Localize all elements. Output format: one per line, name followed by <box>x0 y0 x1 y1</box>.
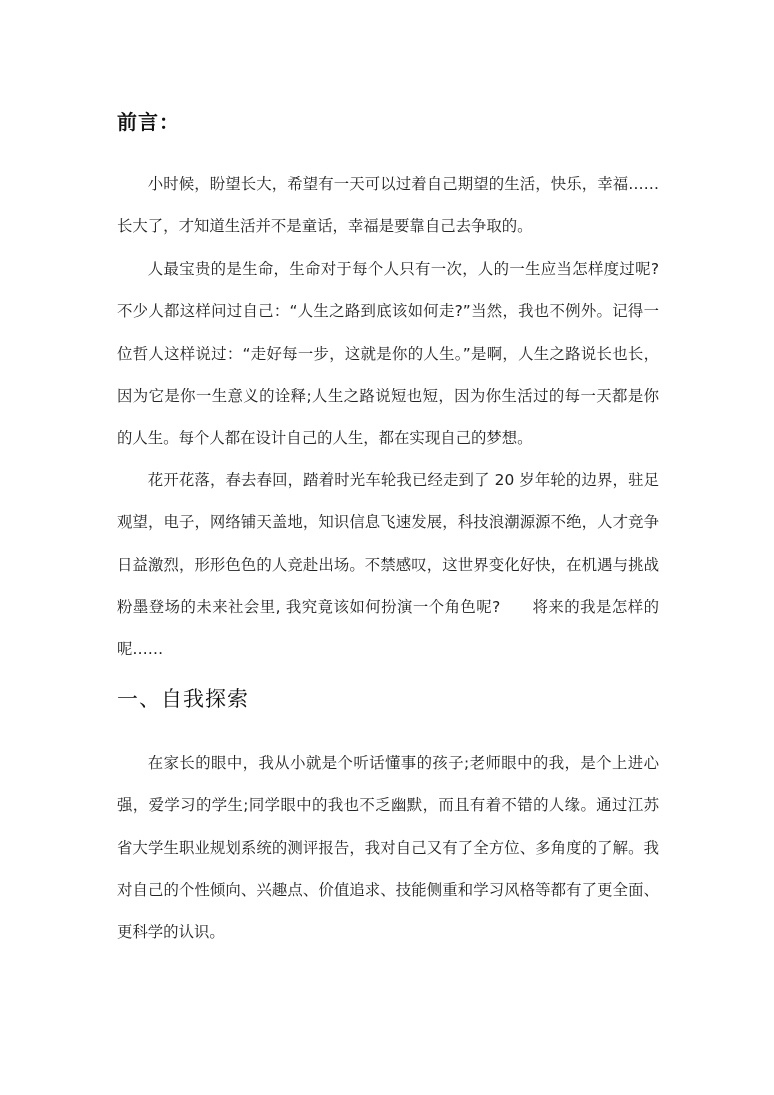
section1-paragraph-1: 在家长的眼中，我从小就是个听话懂事的孩子;老师眼中的我，是个上进心强，爱学习的学… <box>117 742 659 953</box>
preface-heading: 前言： <box>117 106 180 135</box>
preface-paragraph-2: 人最宝贵的是生命，生命对于每个人只有一次，人的一生应当怎样度过呢?不少人都这样问… <box>117 248 659 459</box>
preface-paragraph-3: 花开花落，春去春回，踏着时光车轮我已经走到了 20 岁年轮的边界，驻足观望，电子… <box>117 459 659 670</box>
preface-paragraph-1: 小时候，盼望长大，希望有一天可以过着自己期望的生活，快乐，幸福……长大了，才知道… <box>117 163 659 248</box>
section-heading-self-exploration: 一、自我探索 <box>117 683 249 713</box>
